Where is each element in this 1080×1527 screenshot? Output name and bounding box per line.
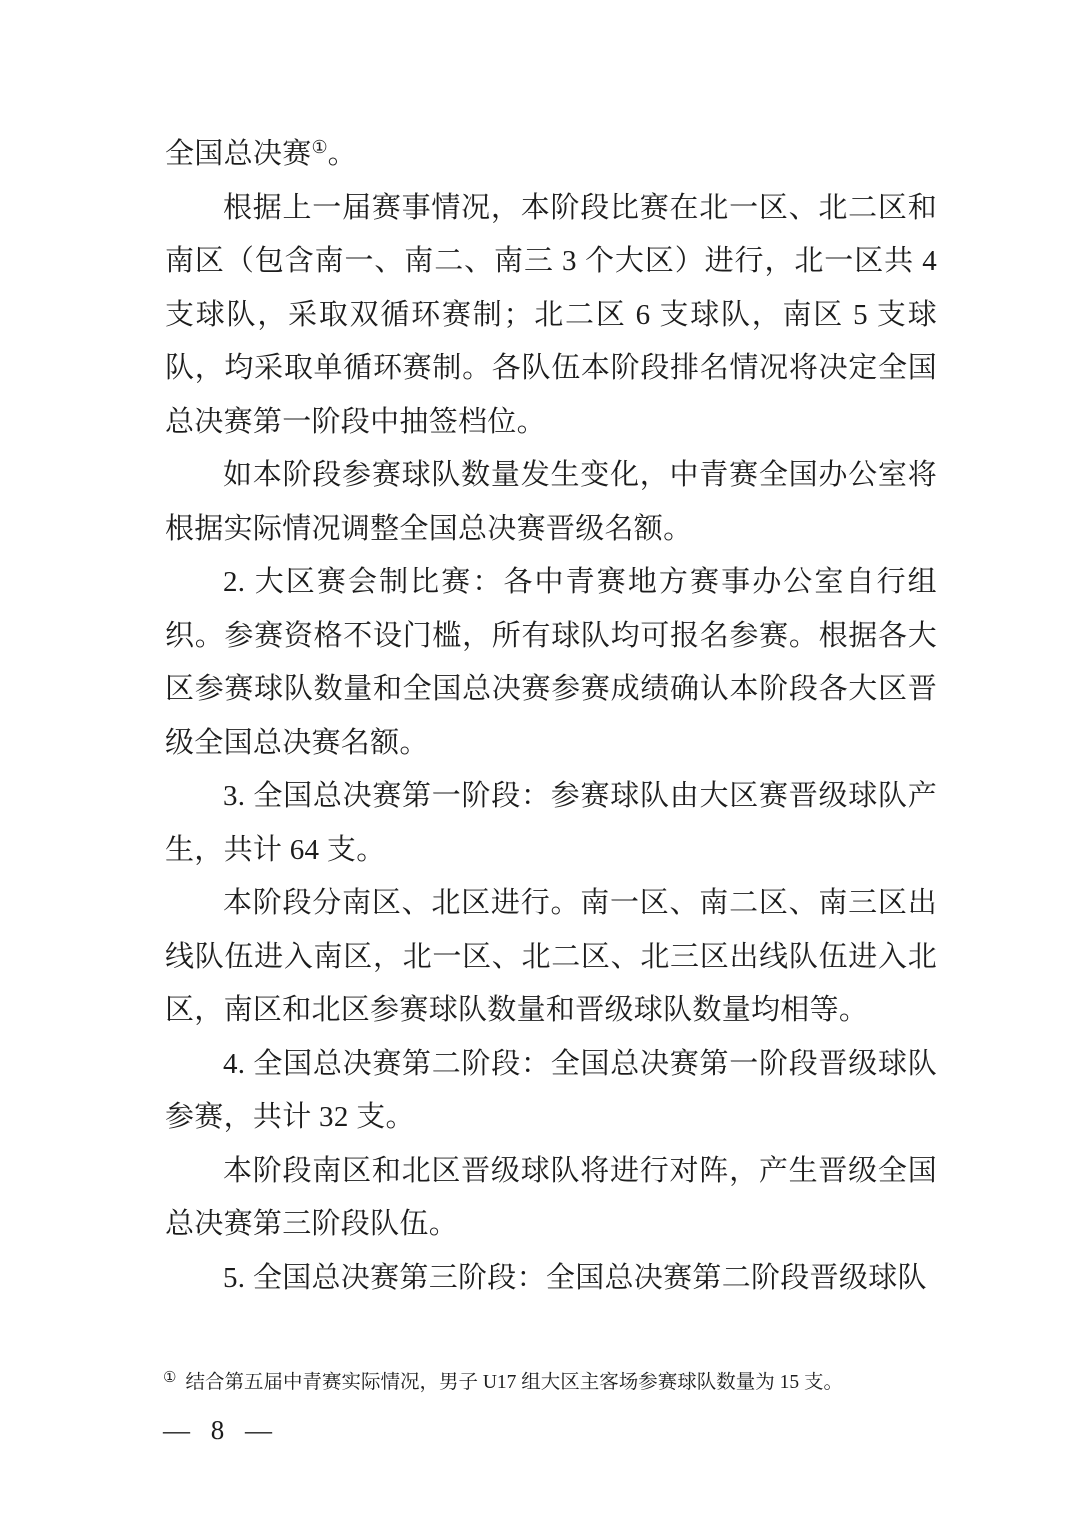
paragraph: 根据上一届赛事情况，本阶段比赛在北一区、北二区和南区（包含南一、南二、南三 3 … — [165, 182, 937, 450]
paragraph-text: 全国总决赛 — [165, 138, 312, 170]
paragraph-text: 。 — [328, 138, 357, 170]
paragraph: 如本阶段参赛球队数量发生变化，中青赛全国办公室将根据实际情况调整全国总决赛晋级名… — [165, 449, 937, 556]
footnote-reference: ① — [312, 137, 328, 157]
paragraph: 本阶段南区和北区晋级球队将进行对阵，产生晋级全国总决赛第三阶段队伍。 — [165, 1145, 937, 1252]
paragraph: 本阶段分南区、北区进行。南一区、南二区、南三区出线队伍进入南区，北一区、北二区、… — [165, 877, 937, 1038]
paragraph: 4. 全国总决赛第二阶段：全国总决赛第一阶段晋级球队参赛，共计 32 支。 — [165, 1038, 937, 1145]
footnote: ①结合第五届中青赛实际情况，男子 U17 组大区主客场参赛球队数量为 15 支。 — [163, 1368, 943, 1398]
footnote-marker: ① — [163, 1370, 176, 1386]
paragraph: 全国总决赛①。 — [165, 128, 937, 182]
document-page: 全国总决赛①。 根据上一届赛事情况，本阶段比赛在北一区、北二区和南区（包含南一、… — [0, 0, 1080, 1527]
footnote-text: 结合第五届中青赛实际情况，男子 U17 组大区主客场参赛球队数量为 15 支。 — [185, 1372, 843, 1393]
paragraph: 2. 大区赛会制比赛：各中青赛地方赛事办公室自行组织。参赛资格不设门槛，所有球队… — [165, 556, 937, 770]
document-body: 全国总决赛①。 根据上一届赛事情况，本阶段比赛在北一区、北二区和南区（包含南一、… — [165, 128, 937, 1305]
paragraph: 3. 全国总决赛第一阶段：参赛球队由大区赛晋级球队产生，共计 64 支。 — [165, 770, 937, 877]
page-number: — 8 — — [163, 1410, 274, 1450]
paragraph: 5. 全国总决赛第三阶段：全国总决赛第二阶段晋级球队 — [165, 1252, 937, 1306]
